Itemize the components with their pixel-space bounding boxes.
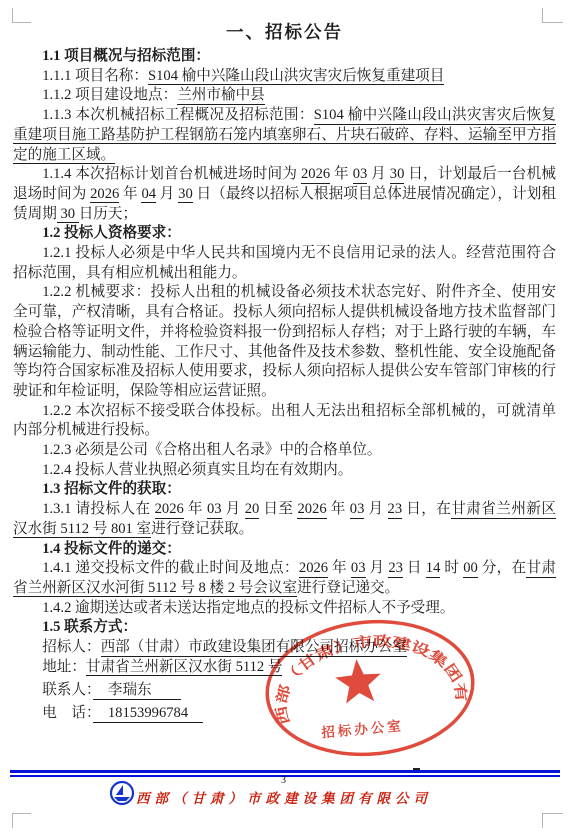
text-run: 1.1 项目概况与招标范围：	[42, 48, 210, 64]
text-run: 1.2.2 本次招标不接受联合体投标。出租人无法出租招标全部机械的，可就清单内部…	[13, 403, 556, 439]
underlined-text: 20	[245, 501, 260, 519]
underlined-text: 23	[388, 560, 403, 578]
underlined-text: 03	[207, 501, 222, 519]
text-run: 1.3.1 请投标人在	[42, 501, 154, 517]
text-run: 年	[184, 501, 207, 517]
paragraph: 1.1 项目概况与招标范围：	[13, 47, 556, 67]
text-run: 1.1.4 本次招标计划首台机械进场时间为	[42, 166, 301, 182]
text-run: 1.2 投标人资格要求：	[42, 225, 181, 241]
text-run: 时	[440, 560, 463, 576]
document-body: 一、招标公告 1.1 项目概况与招标范围：1.1.1 项目名称：S104 榆中兴…	[13, 21, 556, 724]
underlined-text: 30	[390, 166, 405, 184]
text-run: 地址：	[42, 659, 86, 675]
text-run: 月	[367, 166, 390, 182]
paragraph: 1.2.2 机械要求：投标人出租的机械设备必须技术状态完好、附件齐全、使用安全可…	[13, 283, 556, 401]
text-run: 1.2.4 投标人营业执照必须真实且均在有效期内。	[42, 462, 352, 478]
paragraph: 1.3 招标文件的获取：	[13, 480, 556, 500]
paragraph: 1.5 联系方式：	[13, 618, 556, 638]
text-run: 1.4.1 递交投标文件的截止时间及地点：	[42, 560, 299, 576]
text-run: 进行登记递交。	[297, 580, 399, 596]
paragraph: 电 话： 18153996784	[13, 704, 556, 724]
text-run: 1.1.2 项目建设地点：	[42, 87, 177, 103]
text-run: 1.3 招标文件的获取：	[42, 481, 181, 497]
text-run: 进行登记获取。	[151, 521, 253, 537]
underlined-text: 03	[353, 166, 368, 184]
document-page: 一、招标公告 1.1 项目概况与招标范围：1.1.1 项目名称：S104 榆中兴…	[0, 0, 568, 837]
text-run: 1.4 投标文件的递交：	[42, 541, 181, 557]
underlined-text: 30	[57, 206, 79, 224]
corner-mark-bottom-left	[12, 813, 31, 828]
underlined-text: 14	[426, 560, 441, 578]
paragraph: 1.4 投标文件的递交：	[13, 540, 556, 560]
text-run: 分，在	[478, 560, 527, 576]
text-run: 年	[119, 186, 141, 202]
paragraph: 1.1.1 项目名称：S104 榆中兴隆山段山洪灾害灾后恢复重建项目	[13, 67, 556, 87]
underlined-text: S104 榆中兴隆山段山洪灾害灾后恢复重建项目	[148, 68, 444, 86]
underlined-text: 2026	[90, 186, 119, 204]
underlined-text: 18153996784	[93, 705, 202, 723]
paragraph: 1.1.4 本次招标计划首台机械进场时间为 2026 年 03 月 30 日，计…	[13, 165, 556, 224]
paragraph: 1.2.3 必须是公司《合格出租人名录》中的合格单位。	[13, 441, 556, 461]
paragraph-container: 1.1 项目概况与招标范围：1.1.1 项目名称：S104 榆中兴隆山段山洪灾害…	[13, 47, 556, 724]
text-run: 日历天；	[79, 206, 137, 222]
text-run: 1.2.1 投标人必须是中华人民共和国境内无不良信用记录的法人。经营范围符合招标…	[13, 245, 556, 281]
text-run: 招标人：	[42, 639, 100, 655]
underlined-text: 00	[463, 560, 478, 578]
underlined-text: 2026	[299, 560, 328, 578]
text-run: 1.2.3 必须是公司《合格出租人名录》中的合格单位。	[42, 442, 381, 458]
text-run: 1.2.2 机械要求：投标人出租的机械设备必须技术状态完好、附件齐全、使用安全可…	[13, 284, 556, 399]
underlined-text: 03	[351, 560, 366, 578]
text-run: 日	[403, 560, 426, 576]
underlined-text: 04	[141, 186, 156, 204]
text-run: 年	[330, 166, 353, 182]
paragraph: 1.2.2 本次招标不接受联合体投标。出租人无法出租招标全部机械的，可就清单内部…	[13, 402, 556, 441]
underlined-text: 西部（甘肃）市政建设集团有限公司招标办公室	[101, 639, 407, 657]
paragraph: 1.2.4 投标人营业执照必须真实且均在有效期内。	[13, 461, 556, 481]
paragraph: 1.2 投标人资格要求：	[13, 224, 556, 244]
underlined-text: 23	[388, 501, 403, 519]
text-run: 年	[327, 501, 350, 517]
text-run: 月	[156, 186, 178, 202]
text-run: 1.1.3 本次机械招标工程概况及招标范围：	[42, 107, 314, 123]
text-run: 1.4.2 逾期送达或者未送达指定地点的投标文件招标人不予受理。	[42, 600, 454, 616]
underlined-text: 兰州市榆中县	[177, 87, 265, 105]
text-run: 联系人：	[42, 682, 93, 698]
paragraph: 地址：甘肃省兰州新区汉水街 5112 号	[13, 658, 556, 678]
underlined-text: 03	[350, 501, 365, 519]
text-run: 日，在	[402, 501, 451, 517]
text-run: 电 话：	[42, 705, 93, 721]
underlined-text: 甘肃省兰州新区汉水街 5112 号	[86, 659, 282, 677]
paragraph: 1.4.1 递交投标文件的截止时间及地点：2026 年 03 月 23 日 14…	[13, 559, 556, 598]
text-run: 日至	[259, 501, 297, 517]
paragraph: 1.1.3 本次机械招标工程概况及招标范围：S104 榆中兴隆山段山洪灾害灾后恢…	[13, 106, 556, 165]
text-run: 月	[222, 501, 245, 517]
text-run: 1.5 联系方式：	[42, 619, 137, 635]
underlined-text: 2026	[297, 501, 326, 519]
paragraph: 1.2.1 投标人必须是中华人民共和国境内无不良信用记录的法人。经营范围符合招标…	[13, 244, 556, 283]
document-title: 一、招标公告	[13, 21, 556, 44]
paragraph: 1.4.2 逾期送达或者未送达指定地点的投标文件招标人不予受理。	[13, 599, 556, 619]
text-run: 1.1.1 项目名称：	[42, 68, 148, 84]
text-run: 月	[366, 560, 389, 576]
page-number: 3	[281, 775, 286, 786]
corner-mark-bottom-right	[542, 813, 563, 828]
underlined-text: 2026	[155, 501, 184, 519]
paragraph: 1.3.1 请投标人在 2026 年 03 月 20 日至 2026 年 03 …	[13, 500, 556, 539]
text-run: 月	[364, 501, 387, 517]
text-run: 年	[328, 560, 351, 576]
paragraph: 1.1.2 项目建设地点：兰州市榆中县	[13, 86, 556, 106]
paragraph: 招标人：西部（甘肃）市政建设集团有限公司招标办公室	[13, 638, 556, 658]
footer-company-name: 西部（甘肃）市政建设集团有限公司	[0, 787, 568, 807]
underlined-text: 2026	[301, 166, 330, 184]
underlined-text: 30	[178, 186, 193, 204]
paragraph: 联系人： 李瑞东	[13, 681, 556, 701]
underlined-text: 李瑞东	[93, 682, 181, 700]
